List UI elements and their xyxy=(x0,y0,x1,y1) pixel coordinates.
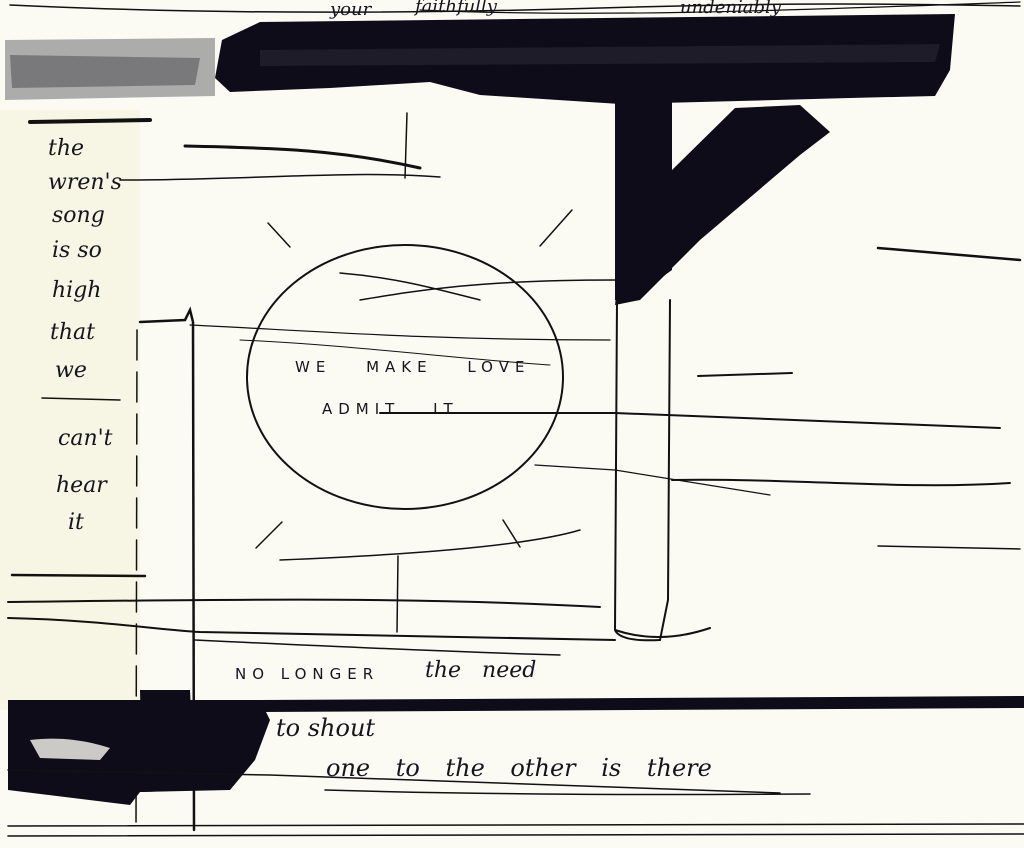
monoprint-artwork xyxy=(0,0,1024,848)
sun-drawing xyxy=(190,210,615,548)
scribble-line xyxy=(185,146,420,168)
top-thin-line xyxy=(10,4,1020,12)
t-post xyxy=(615,100,830,640)
bottom-band xyxy=(8,690,1024,805)
horizontal-beam xyxy=(5,14,955,122)
